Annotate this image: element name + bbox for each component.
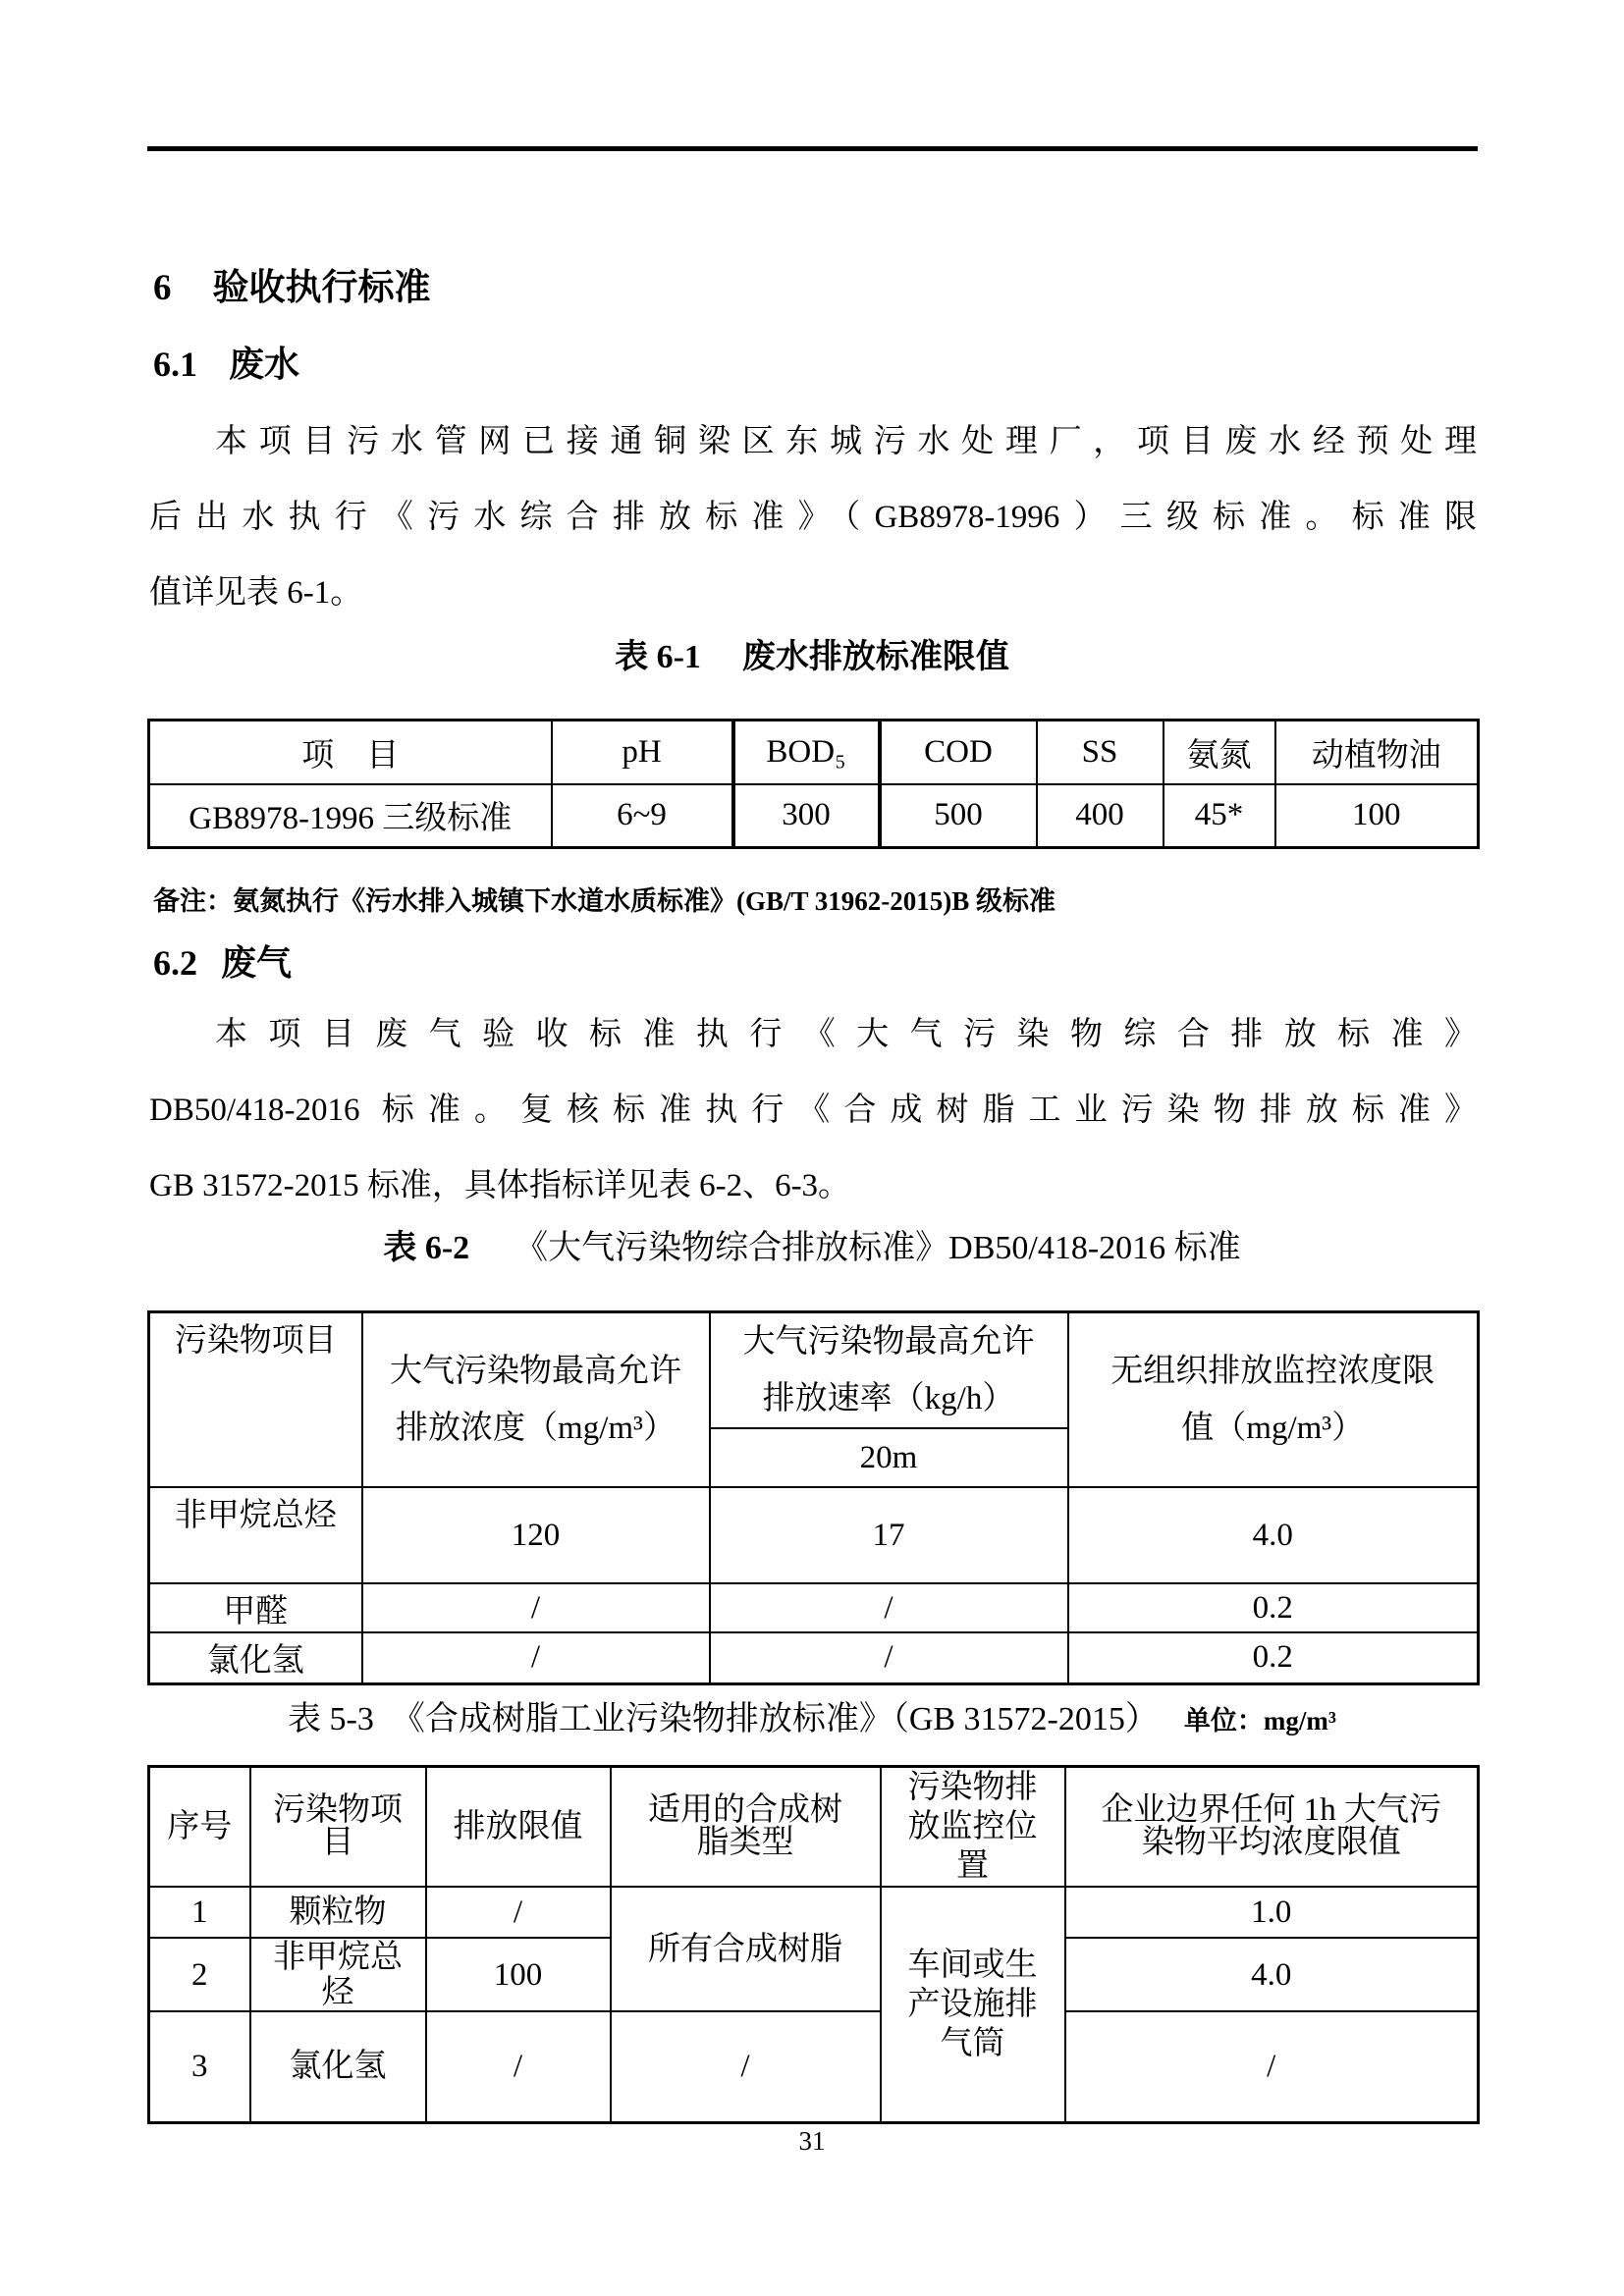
header-cell-limit: 排放限值 xyxy=(426,1767,611,1888)
header-cell-max-concentration: 大气污染物最高允许排放浓度（mg/m³） xyxy=(362,1312,710,1488)
section-number: 6 xyxy=(153,268,172,308)
header-cell-no: 序号 xyxy=(149,1767,250,1888)
cell-ph-value: 6~9 xyxy=(552,784,733,848)
cell-pollutant-name: 氯化氢 xyxy=(149,1632,362,1683)
table-6-1-footnote: 备注：氨氮执行《污水排入城镇下水道水质标准》(GB/T 31962-2015)B… xyxy=(153,880,1056,918)
paragraph-line: 值详见表 6-1。 xyxy=(149,556,1477,631)
header-cell-pollutant: 污染物项目 xyxy=(149,1312,362,1488)
cell-boundary: 4.0 xyxy=(1065,1938,1479,2011)
cell-pollutant-name: 颗粒物 xyxy=(250,1887,426,1938)
paragraph-line: GB 31572-2015 标准，具体指标详见表 6-2、6-3。 xyxy=(149,1148,1477,1224)
table-header-row: 序号 污染物项目 排放限值 适用的合成树脂类型 污染物排放监控位置 企业边界任何… xyxy=(149,1767,1479,1888)
cell-concentration: 120 xyxy=(362,1487,710,1583)
cell-limit: / xyxy=(426,1887,611,1938)
table-5-3-title: 表 5-3《合成树脂工业污染物排放标准》（GB 31572-2015）单位：mg… xyxy=(0,1698,1624,1741)
header-cell-monitor-position: 污染物排放监控位置 xyxy=(881,1767,1065,1888)
cell-no: 3 xyxy=(149,2011,250,2122)
table-title-text: 《合成树脂工业污染物排放标准》（GB 31572-2015） xyxy=(392,1701,1159,1737)
cell-cod-value: 500 xyxy=(880,784,1037,848)
header-cell-ss: SS xyxy=(1037,721,1164,784)
section-title: 废水 xyxy=(229,345,299,384)
cell-bod5-value: 300 xyxy=(733,784,880,848)
section-6-heading: 6验收执行标准 xyxy=(153,267,431,310)
header-cell-ammonia: 氨氮 xyxy=(1164,721,1275,784)
table-row: 1 颗粒物 / 所有合成树脂 车间或生产设施排气筒 1.0 xyxy=(149,1887,1479,1938)
header-cell-boundary-limit: 企业边界任何 1h 大气污染物平均浓度限值 xyxy=(1065,1767,1479,1888)
table-6-1: 项 目 pH BOD₅ COD SS 氨氮 动植物油 GB8978-1996 三… xyxy=(147,719,1480,849)
cell-ammonia-value: 45* xyxy=(1164,784,1275,848)
cell-pollutant-name: 非甲烷总烃 xyxy=(250,1938,426,2011)
header-cell-fugitive-limit: 无组织排放监控浓度限值（mg/m³） xyxy=(1068,1312,1479,1488)
paragraph-line: 本项目废气验收标准执行《大气污染物综合排放标准》 xyxy=(149,997,1477,1073)
header-cell-oil: 动植物油 xyxy=(1275,721,1479,784)
cell-boundary: 1.0 xyxy=(1065,1887,1479,1938)
cell-standard-name: GB8978-1996 三级标准 xyxy=(149,784,552,848)
paragraph-line: 本项目污水管网已接通铜梁区东城污水处理厂，项目废水经预处理 xyxy=(149,404,1477,480)
cell-concentration: / xyxy=(362,1632,710,1683)
table-row: GB8978-1996 三级标准 6~9 300 500 400 45* 100 xyxy=(149,784,1479,848)
cell-fugitive: 4.0 xyxy=(1068,1487,1479,1583)
table-row: 氯化氢 / / 0.2 xyxy=(149,1632,1479,1683)
wastewater-paragraph: 本项目污水管网已接通铜梁区东城污水处理厂，项目废水经预处理 后出水执行《污水综合… xyxy=(149,404,1477,631)
cell-boundary: / xyxy=(1065,2011,1479,2122)
table-6-2: 污染物项目 大气污染物最高允许排放浓度（mg/m³） 大气污染物最高允许排放速率… xyxy=(147,1310,1480,1685)
table-row: 甲醛 / / 0.2 xyxy=(149,1583,1479,1632)
cell-oil-value: 100 xyxy=(1275,784,1479,848)
table-label: 表 6-2 xyxy=(383,1230,469,1266)
page-number: 31 xyxy=(0,2126,1624,2157)
section-title: 废气 xyxy=(221,943,292,983)
cell-limit: 100 xyxy=(426,1938,611,2011)
cell-resin: / xyxy=(611,2011,881,2122)
exhaust-gas-paragraph: 本项目废气验收标准执行《大气污染物综合排放标准》 DB50/418-2016 标… xyxy=(149,997,1477,1224)
header-cell-ph: pH xyxy=(552,721,733,784)
cell-pollutant-name: 非甲烷总烃 xyxy=(149,1487,362,1583)
section-title: 验收执行标准 xyxy=(213,268,431,308)
paragraph-line: 后出水执行《污水综合排放标准》（GB8978-1996）三级标准。标准限 xyxy=(149,480,1477,556)
section-6-1-heading: 6.1废水 xyxy=(153,344,299,386)
header-cell-pollutant: 污染物项目 xyxy=(250,1767,426,1888)
cell-monitor-position-merged: 车间或生产设施排气筒 xyxy=(881,1887,1065,2122)
cell-resin-type-merged: 所有合成树脂 xyxy=(611,1887,881,2011)
header-cell-max-rate: 大气污染物最高允许排放速率（kg/h） xyxy=(710,1312,1068,1429)
table-label: 表 6-1 xyxy=(615,639,701,675)
cell-fugitive: 0.2 xyxy=(1068,1583,1479,1632)
cell-no: 2 xyxy=(149,1938,250,2011)
table-label: 表 5-3 xyxy=(288,1701,374,1737)
table-6-1-title: 表 6-1废水排放标准限值 xyxy=(0,636,1624,679)
cell-pollutant-name: 氯化氢 xyxy=(250,2011,426,2122)
table-6-2-title: 表 6-2《大气污染物综合排放标准》DB50/418-2016 标准 xyxy=(0,1227,1624,1270)
header-cell-bod5: BOD₅ xyxy=(733,721,880,784)
cell-pollutant-name: 甲醛 xyxy=(149,1583,362,1632)
document-page: 6验收执行标准 6.1废水 本项目污水管网已接通铜梁区东城污水处理厂，项目废水经… xyxy=(0,0,1624,2296)
cell-rate: / xyxy=(710,1632,1068,1683)
cell-rate: / xyxy=(710,1583,1068,1632)
header-cell-item: 项 目 xyxy=(149,721,552,784)
table-5-3: 序号 污染物项目 排放限值 适用的合成树脂类型 污染物排放监控位置 企业边界任何… xyxy=(147,1765,1480,2124)
section-number: 6.2 xyxy=(153,943,197,983)
table-header-row: 项 目 pH BOD₅ COD SS 氨氮 动植物油 xyxy=(149,721,1479,784)
table-row: 3 氯化氢 / / / xyxy=(149,2011,1479,2122)
cell-fugitive: 0.2 xyxy=(1068,1632,1479,1683)
cell-concentration: / xyxy=(362,1583,710,1632)
cell-no: 1 xyxy=(149,1887,250,1938)
table-title-text: 废水排放标准限值 xyxy=(742,639,1009,675)
section-number: 6.1 xyxy=(153,345,197,384)
table-unit: 单位：mg/m³ xyxy=(1184,1706,1336,1735)
header-cell-resin-type: 适用的合成树脂类型 xyxy=(611,1767,881,1888)
table-title-text: 《大气污染物综合排放标准》DB50/418-2016 标准 xyxy=(514,1230,1241,1266)
header-cell-cod: COD xyxy=(880,721,1037,784)
header-cell-stack-height: 20m xyxy=(710,1428,1068,1487)
cell-limit: / xyxy=(426,2011,611,2122)
header-rule xyxy=(147,146,1478,151)
cell-ss-value: 400 xyxy=(1037,784,1164,848)
table-header-row: 污染物项目 大气污染物最高允许排放浓度（mg/m³） 大气污染物最高允许排放速率… xyxy=(149,1312,1479,1429)
paragraph-line: DB50/418-2016 标准。复核标准执行《合成树脂工业污染物排放标准》 xyxy=(149,1073,1477,1148)
section-6-2-heading: 6.2废气 xyxy=(153,942,292,985)
table-row: 非甲烷总烃 120 17 4.0 xyxy=(149,1487,1479,1583)
cell-rate: 17 xyxy=(710,1487,1068,1583)
